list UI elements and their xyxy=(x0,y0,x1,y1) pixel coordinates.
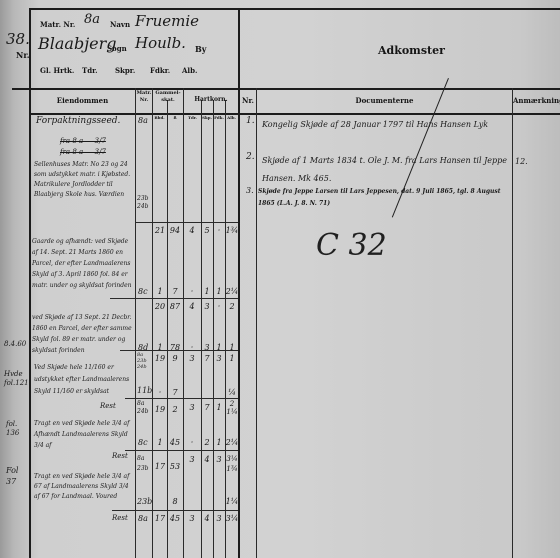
sogn-label: Sogn xyxy=(107,44,127,53)
cell-value: 1¾ xyxy=(225,226,239,235)
sogn-value: Houlb. xyxy=(135,34,186,52)
by-label: By xyxy=(195,44,206,54)
entry-matr: 23b 24b xyxy=(137,195,148,211)
cell-value: 3¼ xyxy=(225,514,239,523)
cell-value: 2 1¼ xyxy=(225,400,239,416)
cell-value: 1¼ xyxy=(225,497,239,506)
cell-value: · xyxy=(185,287,199,296)
cell-value: 3 xyxy=(185,455,199,464)
row-divider xyxy=(135,222,238,223)
col-line-matr xyxy=(135,88,136,558)
col-header-matr-nr: Matr. Nr. xyxy=(136,90,152,104)
col-line-hartkorn xyxy=(183,88,184,558)
document-text: Kongelig Skjøde af 28 Januar 1797 til Ha… xyxy=(262,116,512,134)
document-nr: 2. xyxy=(246,152,255,162)
cell-value: 53 xyxy=(168,462,182,471)
margin-note: Fol 37 xyxy=(6,465,19,487)
entry-matr: 8a 23b xyxy=(137,454,148,474)
entry-rest-label: Rest xyxy=(100,402,116,410)
entry-matr: 8c xyxy=(138,287,148,296)
entry-text: Ved Skjøde hele 11/160 er udstykket efte… xyxy=(34,362,134,398)
cell-value: 8 xyxy=(168,497,182,506)
cell-value: 17 xyxy=(153,462,167,471)
col-line-gammelskat xyxy=(152,88,153,558)
cell-value: 3 xyxy=(185,403,199,412)
entry-text: Sellenhuses Matr. No 23 og 24 som udstyk… xyxy=(34,160,134,200)
unit-label-fdkr: Fdkr. xyxy=(150,66,170,75)
col-line-tdr xyxy=(201,100,202,558)
col-line-anmaerkninger xyxy=(512,88,513,558)
cell-value: 3 xyxy=(185,354,199,363)
entry-text: Forpaktningsseed. xyxy=(36,116,120,126)
col-sub-skp: Skp. xyxy=(201,114,213,122)
col-header-hartkorn: Hartkorn. xyxy=(184,96,238,104)
col-line-nr xyxy=(256,88,257,558)
entry-matr: 8a xyxy=(138,116,148,125)
col-header-documenterne: Documenterne xyxy=(257,97,512,105)
cell-value: 3 xyxy=(212,455,226,464)
entry-text: Gaarde og afhændt: ved Skjøde af 14. Sep… xyxy=(32,236,134,291)
col-line-gammelskat-mid xyxy=(167,100,168,558)
row-divider xyxy=(125,450,238,451)
cell-value: ¼ xyxy=(225,388,239,397)
cell-value: 1 xyxy=(212,403,226,412)
cell-value: 94 xyxy=(168,226,182,235)
column-header-bottom xyxy=(29,113,560,115)
col-line-skp xyxy=(213,100,214,558)
entry-matr: 23b xyxy=(137,497,152,506)
top-border xyxy=(29,8,560,10)
cell-value: 3 xyxy=(185,514,199,523)
cell-value: 2 xyxy=(225,302,239,311)
document-text: Skjøde af 1 Marts 1834 t. Ole J. M. fra … xyxy=(262,152,512,188)
left-right-divider xyxy=(238,8,240,558)
cell-value: 7 xyxy=(168,287,182,296)
unit-label-gl-hrtk: Gl. Hrtk. xyxy=(40,66,74,75)
unit-label-skpr: Skpr. xyxy=(115,66,135,75)
col-line-fdk xyxy=(225,100,226,558)
entry-text: ved Skjøde af 13 Sept. 21 Decbr. 1860 en… xyxy=(32,312,134,356)
cell-value: 7 xyxy=(168,388,182,397)
unit-label-tdr: Tdr. xyxy=(82,66,98,75)
document-text: Skjøde fra Jeppe Larsen til Lars Jeppese… xyxy=(258,186,512,210)
cell-value: 9 xyxy=(168,354,182,363)
entry-matr: 8a 23b 24b xyxy=(137,352,147,370)
navn-value: Fruemie xyxy=(135,12,199,30)
cell-value: · xyxy=(185,438,199,447)
header-bottom-border xyxy=(12,88,560,90)
entry-matr: 11b xyxy=(137,386,152,395)
ledger-page: 38. Nr. Matr. Nr. 8a Navn Fruemie Blaabj… xyxy=(0,0,560,558)
cell-value: 17 xyxy=(153,514,167,523)
col-sub-rbd: Rbd. xyxy=(152,114,167,122)
entry-matr: 8a 24b xyxy=(137,400,148,416)
cell-value: 2 xyxy=(168,405,182,414)
cell-value: 45 xyxy=(168,438,182,447)
col-header-eiendommen: Eiendommen xyxy=(30,97,135,105)
row-number-label: Nr. xyxy=(16,50,30,60)
cell-value: 3 xyxy=(212,514,226,523)
margin-note: 8.4.60 xyxy=(4,340,26,348)
row-divider xyxy=(112,510,238,511)
row-number: 38. xyxy=(6,30,30,48)
right-title: Adkomster xyxy=(378,44,445,57)
entry-text-struck: fra 8 a — 3/7 xyxy=(60,137,106,145)
matr-label: Matr. Nr. xyxy=(40,20,75,29)
cell-value: 4 xyxy=(185,302,199,311)
cell-value: 20 xyxy=(153,302,167,311)
entry-text: Tragt en ved Skjøde hele 3/4 af Afhændt … xyxy=(34,418,134,451)
entry-matr: 8c xyxy=(138,438,148,447)
cell-value: 87 xyxy=(168,302,182,311)
anmaerkning-note: 12. xyxy=(515,157,528,166)
cell-value: 1 xyxy=(212,287,226,296)
entry-rest-label: Rest xyxy=(112,452,128,460)
margin-note: Hvde fol.121 xyxy=(4,370,29,388)
cell-value: · xyxy=(212,226,226,235)
cell-value: 2¼ xyxy=(225,287,239,296)
entry-rest-label: Rest xyxy=(112,514,128,522)
entry-text: Tragt en ved Skjøde hele 3/4 af 67 af La… xyxy=(34,472,134,502)
cell-value: 3¼ 1¾ xyxy=(225,454,239,474)
row-divider xyxy=(120,350,238,351)
row-divider xyxy=(110,298,238,299)
cell-value: 2¼ xyxy=(225,438,239,447)
col-header-anmaerkninger: Anmærkninger xyxy=(513,97,560,105)
document-nr: 1. xyxy=(246,116,255,126)
cell-value: · xyxy=(212,302,226,311)
col-sub-tdr: Tdr. xyxy=(184,114,201,122)
entry-text-struck: fra 8 a — 3/7 xyxy=(60,148,106,156)
cell-value: 4 xyxy=(185,226,199,235)
margin-note: fol. 136 xyxy=(6,420,19,438)
row-divider xyxy=(125,398,238,399)
cell-value: 1 xyxy=(225,354,239,363)
cell-value: 1 xyxy=(153,438,167,447)
cell-value: 19 xyxy=(153,354,167,363)
cell-value: · xyxy=(153,388,167,397)
col-sub-skilling: ß xyxy=(167,114,183,122)
place-value: Blaabjerg xyxy=(38,34,117,53)
cell-value: 3 xyxy=(212,354,226,363)
left-border xyxy=(29,8,31,558)
matr-value: 8a xyxy=(84,12,100,27)
unit-label-alb: Alb. xyxy=(182,66,197,75)
col-header-gammelskat: Gammel-skat. xyxy=(153,90,183,104)
archive-stamp: C 32 xyxy=(316,228,387,263)
cell-value: 19 xyxy=(153,405,167,414)
cell-value: 45 xyxy=(168,514,182,523)
cell-value: 1 xyxy=(212,438,226,447)
col-sub-fdk: Fdk. xyxy=(213,114,225,122)
document-nr: 3. xyxy=(246,186,254,195)
col-header-nr: Nr. xyxy=(240,97,256,105)
cell-value: 21 xyxy=(153,226,167,235)
navn-label: Navn xyxy=(110,20,130,29)
col-sub-alb: Alb. xyxy=(225,114,238,122)
cell-value: 1 xyxy=(153,287,167,296)
entry-matr: 8a xyxy=(138,514,148,523)
